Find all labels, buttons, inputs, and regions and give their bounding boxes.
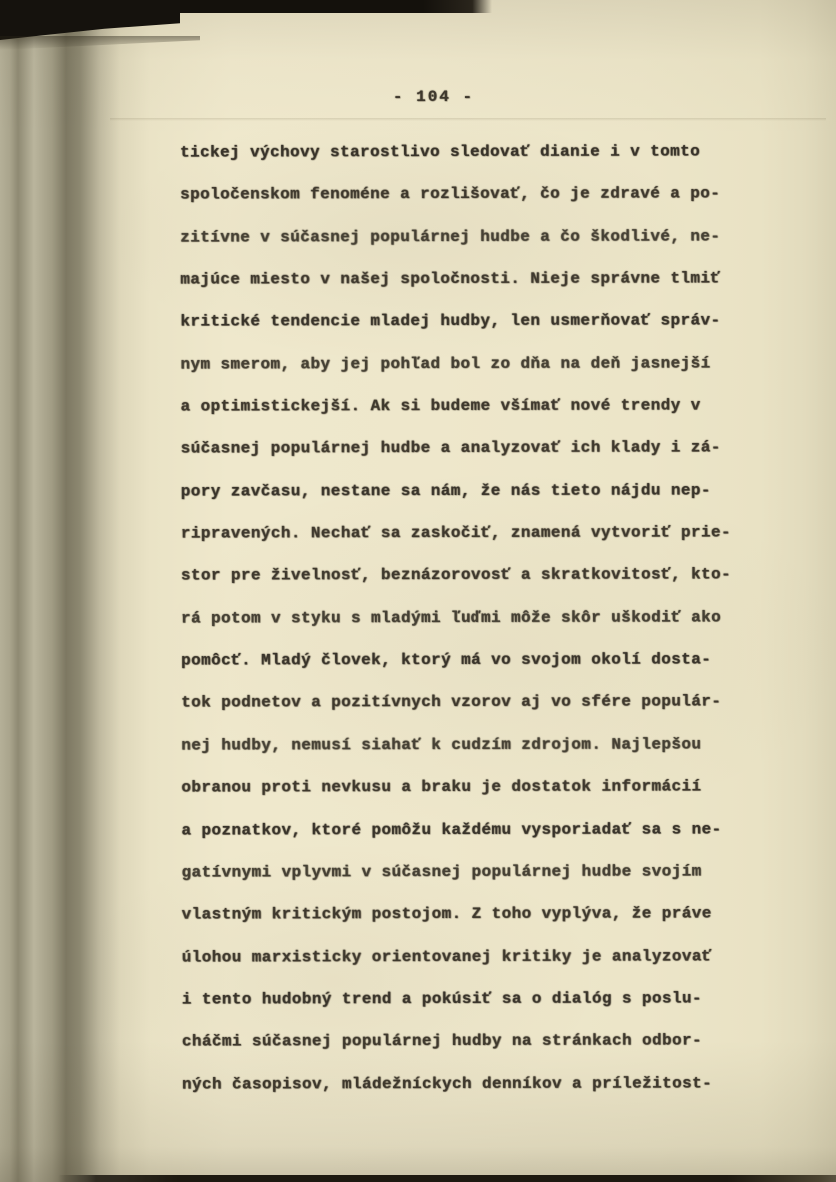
scanned-book-page: - 104 - tickej výchovy starostlivo sledo…: [0, 0, 836, 1182]
text-line: súčasnej populárnej hudbe a analyzovať i…: [181, 427, 729, 470]
text-line: tickej výchovy starostlivo sledovať dian…: [180, 130, 728, 173]
text-line: spoločenskom fenoméne a rozlišovať, čo j…: [180, 173, 728, 216]
text-line: zitívne v súčasnej populárnej hudbe a čo…: [180, 215, 728, 258]
text-line: nej hudby, nemusí siahať k cudzím zdrojo…: [181, 723, 729, 766]
text-line: tok podnetov a pozitívnych vzorov aj vo …: [181, 681, 729, 724]
text-line: pory zavčasu, nestane sa nám, že nás tie…: [181, 469, 729, 512]
text-line: gatívnymi vplyvmi v súčasnej populárnej …: [181, 850, 729, 893]
text-line: ripravených. Nechať sa zaskočiť, znamená…: [181, 512, 729, 555]
text-line: ných časopisov, mládežníckych denníkov a…: [182, 1062, 730, 1105]
text-line: obranou proti nevkusu a braku je dostato…: [181, 766, 729, 809]
text-line: rá potom v styku s mladými ľuďmi môže sk…: [181, 596, 729, 639]
text-line: a poznatkov, ktoré pomôžu každému vyspor…: [181, 808, 729, 851]
page-number: - 104 -: [181, 88, 686, 106]
text-line: a optimistickejší. Ak si budeme všímať n…: [181, 384, 729, 427]
text-line: cháčmi súčasnej populárnej hudby na strá…: [182, 1020, 730, 1063]
scan-border-bottom-line: [58, 1175, 836, 1182]
paper-crease: [110, 118, 826, 121]
text-line: majúce miesto v našej spoločnosti. Nieje…: [180, 257, 728, 300]
typewritten-paragraph: tickej výchovy starostlivo sledovať dian…: [180, 130, 730, 1105]
text-line: vlastným kritickým postojom. Z toho vypl…: [182, 893, 730, 936]
text-line: kritické tendencie mladej hudby, len usm…: [180, 300, 728, 343]
text-line: pomôcť. Mladý človek, ktorý má vo svojom…: [181, 639, 729, 682]
text-line: nym smerom, aby jej pohľad bol zo dňa na…: [180, 342, 728, 385]
text-line: stor pre živelnosť, beznázorovosť a skra…: [181, 554, 729, 597]
text-line: úlohou marxisticky orientovanej kritiky …: [182, 935, 730, 978]
text-line: i tento hudobný trend a pokúsiť sa o dia…: [182, 977, 730, 1020]
